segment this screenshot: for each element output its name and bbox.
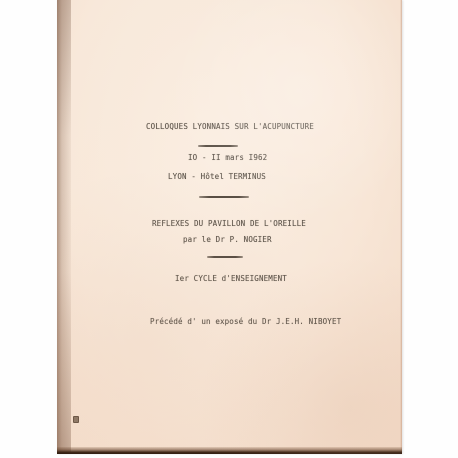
author-line: par le Dr P. NOGIER [183, 235, 272, 244]
cycle-line: Ier CYCLE d'ENSEIGNEMENT [175, 274, 287, 283]
location-line: LYON - Hôtel TERMINUS [168, 172, 266, 181]
scanned-document: COLLOQUES LYONNAIS SUR L'ACUPUNCTURE IO … [0, 0, 458, 458]
date-line: IO - II mars I962 [188, 153, 267, 162]
footer-line: Précédé d' un exposé du Dr J.E.H. NIBOYE… [150, 317, 341, 326]
page-left-shadow [57, 0, 71, 454]
subject-line: REFLEXES DU PAVILLON DE L'OREILLE [152, 219, 306, 228]
divider-line-2 [199, 196, 249, 198]
title-line: COLLOQUES LYONNAIS SUR L'ACUPUNCTURE [146, 122, 314, 131]
paper-page: COLLOQUES LYONNAIS SUR L'ACUPUNCTURE IO … [57, 0, 402, 454]
divider-line-3 [207, 256, 243, 258]
paper-speck [73, 416, 79, 423]
page-bottom-edge [57, 447, 402, 454]
divider-line-1 [198, 145, 238, 147]
page-right-edge [400, 0, 402, 454]
